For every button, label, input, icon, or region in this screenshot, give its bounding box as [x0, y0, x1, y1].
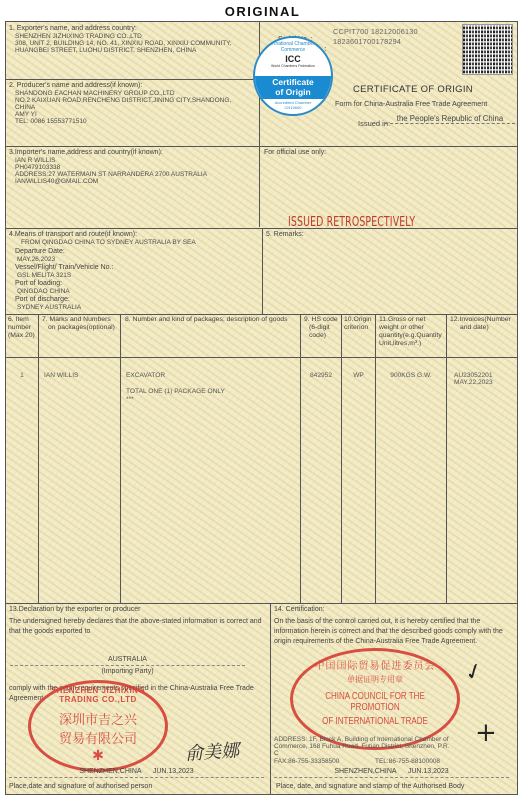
box-exporter: 1. Exporter's name, and address country:…: [9, 25, 254, 77]
issued-retrospectively-stamp: ISSUED RETROSPECTIVELY: [288, 215, 415, 230]
header-origin: 10.Origin criterion: [342, 314, 375, 334]
stamp-en-line: OF INTERNATIONAL TRADE: [309, 716, 440, 727]
col-divider: [375, 314, 376, 603]
vessel-value: GSL MELITA 321S: [9, 272, 259, 279]
header-text: 8. Number and kind of packages; descript…: [125, 316, 299, 324]
stamp-en-line: CHINA COUNCIL FOR THE PROMOTION: [309, 691, 440, 713]
box-certification: 14. Certification: On the basis of the c…: [274, 606, 514, 647]
header-text: weight or other: [379, 324, 445, 332]
col-divider: [120, 314, 121, 603]
discharge-label: Port of discharge:: [9, 296, 259, 304]
importing-country: AUSTRALIA: [10, 656, 245, 666]
header-hs-code: 9. HS code (6-digit code): [302, 314, 341, 342]
col-divider: [446, 314, 447, 603]
header-text: 11.Gross or net: [379, 316, 445, 324]
producer-line: CHINA: [9, 104, 257, 111]
header-invoices: 12.Invoices(Number and date): [448, 314, 518, 334]
producer-line: SHANDONG EACHAN MACHINERY GROUP CO.,LTD: [9, 90, 257, 97]
certification-text: On the basis of the control carried out,…: [274, 617, 514, 627]
cell-marks: IAN WILLIS: [44, 372, 78, 379]
form-subtitle: Form for China-Australia Free Trade Agre…: [335, 99, 487, 108]
cell-hs-code: 842952: [301, 372, 341, 379]
ccpit-tel: TEL:86-755-88100008: [375, 758, 440, 765]
header-item-number: 6. Item number (Max 20): [6, 314, 38, 342]
declaration-place-date: SHENZHEN,CHINA JUN.13,2023: [9, 768, 264, 778]
invoice-number: AU23052201: [454, 372, 493, 379]
exporter-line: HUANGBEI STREET, LUOHU DISTRICT, SHENZHE…: [9, 47, 254, 54]
declaration-text: that the goods exported to: [9, 627, 267, 637]
divider: [5, 79, 259, 80]
invoice-date: MAY.22,2023: [454, 379, 493, 386]
header-text: number: [8, 324, 36, 332]
official-use-label: For official use only:: [264, 149, 326, 157]
divider: [270, 603, 271, 795]
col-divider: [341, 314, 342, 603]
remarks-label: 5. Remarks:: [266, 231, 304, 239]
header-description: 8. Number and kind of packages; descript…: [123, 314, 301, 326]
logo-icc: ICC: [255, 54, 331, 64]
logo-band: Certificate of Origin: [255, 76, 331, 99]
cell-invoice: AU23052201 MAY.22,2023: [454, 372, 493, 386]
declaration-footer: Place,date and signature of authorised p…: [9, 783, 152, 791]
certification-text: origin requirements of the China-Austral…: [274, 637, 514, 647]
header-quantity: 11.Gross or net weight or other quantity…: [377, 314, 447, 350]
ccpit-address: ADDRESS: 1F, Block A, Building of Intern…: [274, 736, 454, 757]
description-line: EXCAVATOR: [126, 372, 225, 380]
loading-value: QINGDAO CHINA: [9, 288, 259, 295]
header-text: (Max 20): [8, 332, 36, 340]
description-line: TOTAL ONE (1) PACKAGE ONLY: [126, 388, 225, 396]
vessel-label: Vessel/Flight/ Train/Vehicle No.:: [9, 264, 259, 272]
header-text: code): [304, 332, 339, 340]
importer-line: IANWILLIS40@GMAIL.COM: [9, 178, 257, 185]
cell-quantity: 900KGS G.W.: [376, 372, 446, 379]
certification-label: 14. Certification:: [274, 606, 514, 614]
box-declaration: 13.Declaration by the exporter or produc…: [9, 606, 267, 637]
description-line: [126, 380, 225, 388]
producer-label: 2. Producer's name and address(if known)…: [9, 82, 257, 90]
importer-line: ADDRESS:27 WATERMAIN ST NARRANDERA 2700 …: [9, 171, 257, 178]
transport-label: 4.Means of transport and route(if known)…: [9, 231, 259, 239]
stamp-cn-top: 中国国际贸易促进委员会: [293, 657, 457, 672]
address-line: ADDRESS: 1F, Block A, Building of Intern…: [274, 736, 454, 743]
header-text: 7. Marks and Numbers: [42, 316, 118, 324]
logo-band-line: of Origin: [255, 87, 331, 97]
header-text: Unit,litres,m³.): [379, 340, 445, 348]
declaration-label: 13.Declaration by the exporter or produc…: [9, 606, 267, 614]
address-line: C: [274, 750, 454, 757]
departure-value: MAY.26,2023: [9, 256, 259, 263]
certification-footer: Place, date, and signature and stamp of …: [276, 783, 464, 791]
certification-place-date: SHENZHEN,CHINA JUN.13,2023: [274, 768, 509, 778]
address-line: Commerce, 168 Fuhua Road, Futian Distric…: [274, 743, 454, 750]
certification-signature-mark: +: [475, 718, 497, 748]
producer-line: AMY YI: [9, 111, 257, 118]
serial-value: CCPIT700 18212006130: [333, 27, 418, 36]
exporter-company-stamp: SHENZHEN JIZHIXING TRADING CO.,LTD 深圳市吉之…: [28, 680, 168, 772]
box-transport: 4.Means of transport and route(if known)…: [9, 231, 259, 311]
header-text: quantity(e.g.Quantity: [379, 332, 445, 340]
producer-line: TEL: 0086 15553771510: [9, 118, 257, 125]
certification-text: information herein is correct and that t…: [274, 627, 514, 637]
header-text: 9. HS code: [304, 316, 339, 324]
divider: [5, 357, 518, 358]
stamp-outer-text: SHENZHEN JIZHIXING TRADING CO.,LTD: [31, 686, 165, 704]
cell-description: EXCAVATOR TOTAL ONE (1) PACKAGE ONLY ***: [126, 372, 225, 404]
ccpit-stamp: 中国国际贸易促进委员会 单据证明专用章 CHINA COUNCIL FOR TH…: [290, 648, 460, 750]
logo-band-line: Certificate: [255, 77, 331, 87]
issued-in-value: the People's Republic of China: [385, 114, 515, 124]
exporter-signature: 俞美娜: [184, 736, 240, 766]
cell-origin: WP: [342, 372, 375, 379]
description-line: ***: [126, 396, 225, 404]
certificate-value: 1823601700178294: [333, 37, 401, 46]
header-text: on packages(optional): [42, 324, 118, 332]
header-text: (6-digit: [304, 324, 339, 332]
exporter-line: SHENZHEN JIZHIXING TRADING CO.,LTD: [9, 33, 254, 40]
exporter-label: 1. Exporter's name, and address country:: [9, 25, 254, 33]
col-divider: [300, 314, 301, 603]
departure-label: Departure Date:: [9, 248, 259, 256]
col-divider: [38, 314, 39, 603]
logo-accredited-code: CN15600: [255, 105, 331, 110]
logo-accredited: Accredited Chamber CN15600: [255, 100, 331, 110]
header-text: 6. Item: [8, 316, 36, 324]
transport-route: FROM QINGDAO CHINA TO SYDNEY AUSTRALIA B…: [9, 239, 259, 246]
discharge-value: SYDNEY AUSTRALIA: [9, 304, 259, 311]
cell-item-number: 1: [6, 372, 38, 379]
producer-line: NO.2 KAIXUAN ROAD,RENCHENG DISTRICT,JINI…: [9, 97, 257, 104]
importer-label: 3.Importer's name,address and country(if…: [9, 149, 257, 157]
importer-line: PH0479103338: [9, 164, 257, 171]
header-text: criterion: [344, 324, 373, 332]
document-title: CERTIFICATE OF ORIGIN: [353, 84, 473, 95]
page-title: ORIGINAL: [0, 4, 525, 19]
logo-ring-text: International Chamber of Commerce: [255, 41, 331, 53]
stamp-cn-line: 深圳市吉之兴: [31, 709, 165, 728]
importing-party-caption: (Importing Party): [10, 668, 245, 676]
box-producer: 2. Producer's name and address(if known)…: [9, 82, 257, 125]
header-text: 12.Invoices(Number: [450, 316, 516, 324]
divider: [5, 603, 518, 604]
loading-label: Port of loading:: [9, 280, 259, 288]
divider: [5, 146, 518, 147]
header-text: 10.Origin: [344, 316, 373, 324]
exporter-line: 308, UNIT 2, BUILDING 14, NO. 41, XINXIU…: [9, 40, 254, 47]
divider: [262, 228, 263, 314]
qr-code-icon: [462, 24, 513, 75]
stamp-star-icon: ✱: [31, 747, 165, 764]
importer-line: IAN R WILLIS: [9, 157, 257, 164]
header-marks: 7. Marks and Numbers on packages(optiona…: [40, 314, 120, 334]
stamp-cn-line: 贸易有限公司: [31, 728, 165, 747]
box-importer: 3.Importer's name,address and country(if…: [9, 149, 257, 185]
logo-wcf: World Chambers Federation: [255, 64, 331, 68]
stamp-cn-sub: 单据证明专用章: [293, 674, 457, 685]
icc-certificate-logo: International Chamber of Commerce ICC Wo…: [253, 36, 333, 116]
ccpit-fax: FAX:86-755-33358500: [274, 758, 339, 765]
declaration-text: The undersigned hereby declares that the…: [9, 617, 267, 627]
header-text: and date): [450, 324, 516, 332]
